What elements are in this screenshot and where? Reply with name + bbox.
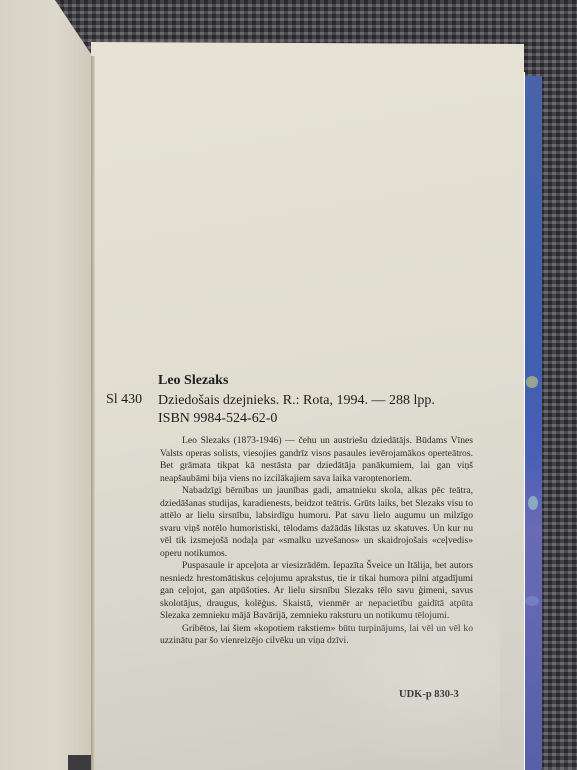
book-gutter [91, 56, 95, 770]
abstract: Leo Slezaks (1873-1946) — čehu un austri… [160, 435, 473, 648]
isbn: ISBN 9984-524-62-0 [158, 410, 435, 428]
abstract-paragraph: Puspasaule ir apceļota ar viesizrādēm. I… [160, 560, 473, 623]
author-name: Leo Slezaks [158, 373, 228, 389]
abstract-paragraph: Gribētos, lai šiem «kopotiem rakstiem» b… [160, 623, 473, 648]
udk-classification: UDK-p 830-3 [399, 689, 459, 700]
cover-pattern-spot [526, 376, 538, 388]
book-cover-edge [522, 76, 542, 770]
citation-title-line: Dziedošais dzejnieks. R.: Rota, 1994. — … [158, 392, 435, 410]
call-number: Sl 430 [106, 392, 142, 408]
left-page [0, 0, 95, 770]
abstract-paragraph: Nabadzīgi bērnības un jaunības gadi, ama… [160, 485, 473, 560]
abstract-paragraph: Leo Slezaks (1873-1946) — čehu un austri… [160, 435, 473, 485]
citation: Dziedošais dzejnieks. R.: Rota, 1994. — … [158, 392, 435, 428]
cover-pattern-spot [528, 496, 538, 510]
cover-pattern-spot [525, 596, 539, 606]
